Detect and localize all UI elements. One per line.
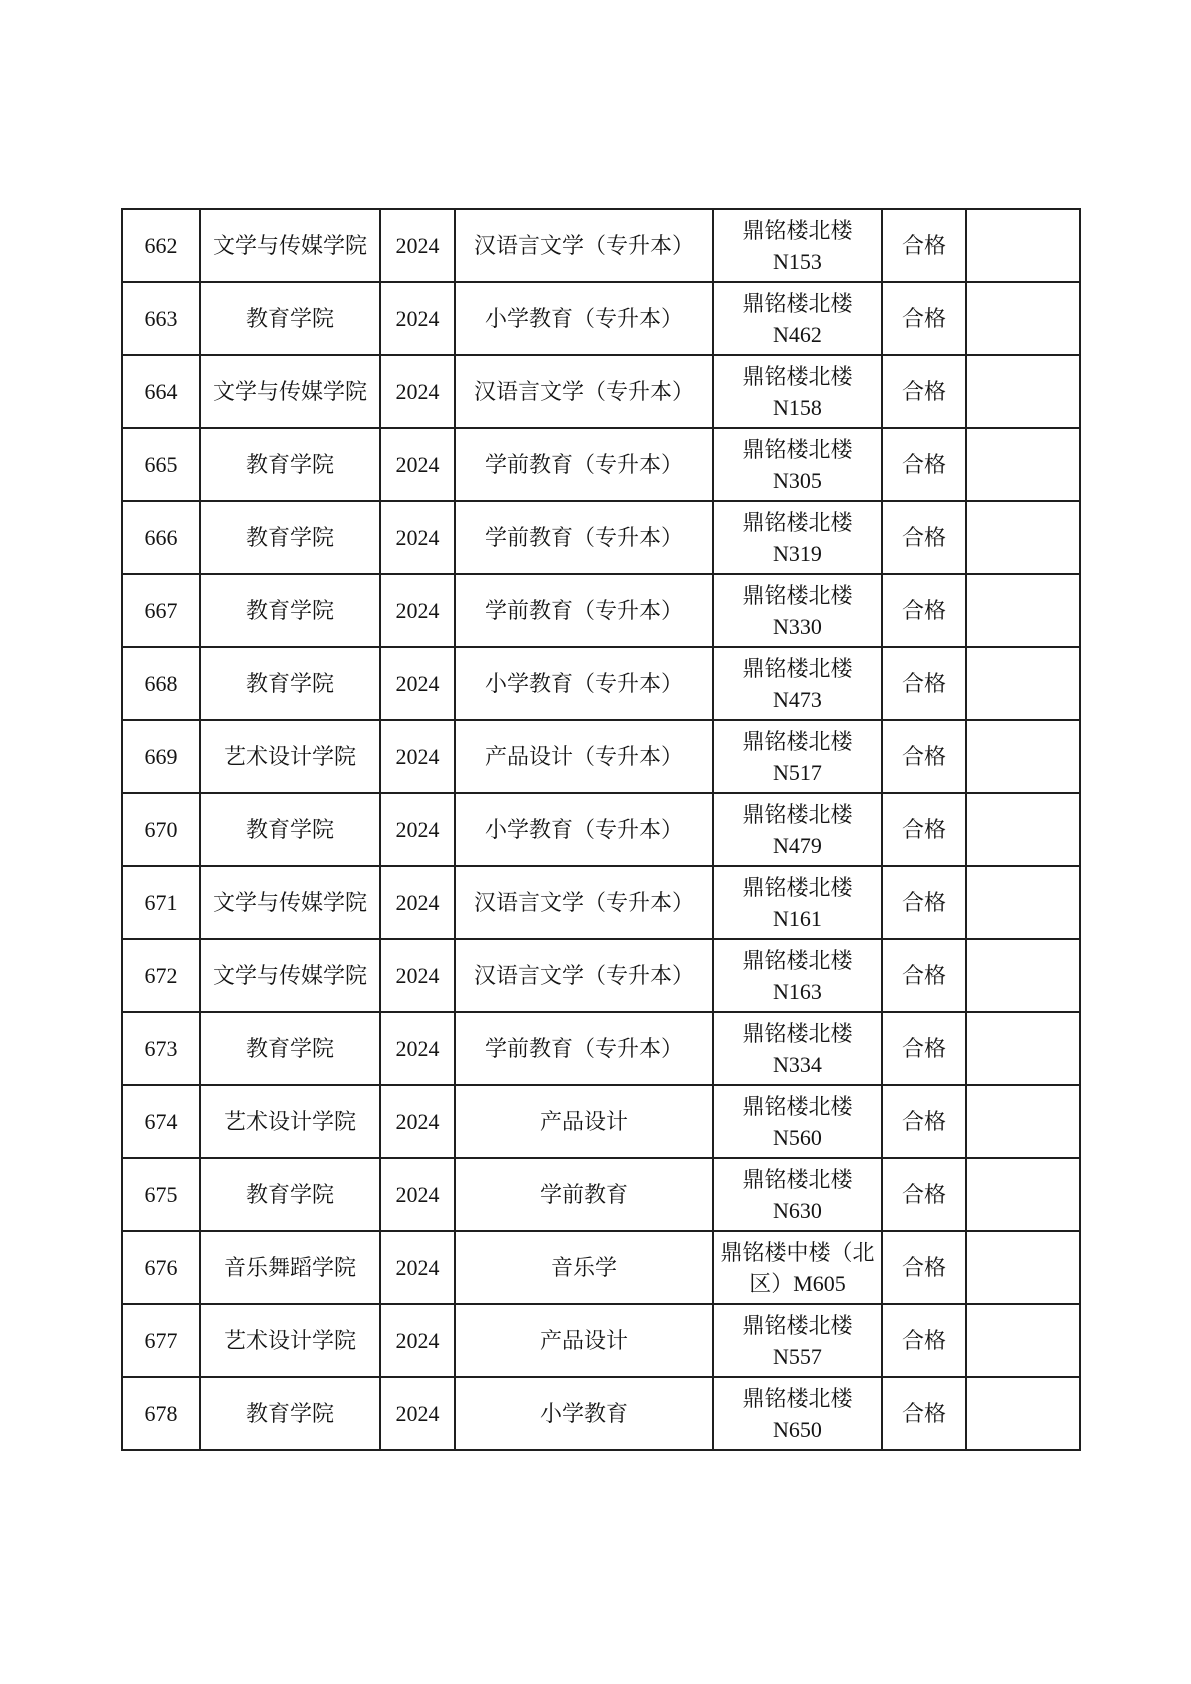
cell-year: 2024 [380, 355, 455, 428]
cell-notes [966, 866, 1080, 939]
table-row: 670教育学院2024小学教育（专升本）鼎铭楼北楼 N479合格 [122, 793, 1080, 866]
cell-result: 合格 [882, 1158, 966, 1231]
cell-index: 669 [122, 720, 200, 793]
cell-college: 教育学院 [200, 574, 380, 647]
table-row: 667教育学院2024学前教育（专升本）鼎铭楼北楼 N330合格 [122, 574, 1080, 647]
cell-result: 合格 [882, 866, 966, 939]
cell-index: 668 [122, 647, 200, 720]
table-row: 677艺术设计学院2024产品设计鼎铭楼北楼 N557合格 [122, 1304, 1080, 1377]
cell-notes [966, 939, 1080, 1012]
cell-notes [966, 1158, 1080, 1231]
cell-college: 教育学院 [200, 647, 380, 720]
table-row: 668教育学院2024小学教育（专升本）鼎铭楼北楼 N473合格 [122, 647, 1080, 720]
cell-year: 2024 [380, 793, 455, 866]
table-row: 664文学与传媒学院2024汉语言文学（专升本）鼎铭楼北楼 N158合格 [122, 355, 1080, 428]
cell-result: 合格 [882, 1304, 966, 1377]
table-row: 663教育学院2024小学教育（专升本）鼎铭楼北楼 N462合格 [122, 282, 1080, 355]
cell-index: 674 [122, 1085, 200, 1158]
cell-year: 2024 [380, 282, 455, 355]
cell-notes [966, 428, 1080, 501]
cell-location: 鼎铭楼中楼（北 区）M605 [713, 1231, 882, 1304]
cell-location: 鼎铭楼北楼 N161 [713, 866, 882, 939]
cell-major: 小学教育（专升本） [455, 793, 713, 866]
cell-location: 鼎铭楼北楼 N473 [713, 647, 882, 720]
cell-location: 鼎铭楼北楼 N158 [713, 355, 882, 428]
cell-notes [966, 647, 1080, 720]
cell-major: 小学教育（专升本） [455, 282, 713, 355]
cell-college: 教育学院 [200, 501, 380, 574]
cell-location: 鼎铭楼北楼 N517 [713, 720, 882, 793]
cell-major: 产品设计 [455, 1085, 713, 1158]
cell-notes [966, 1085, 1080, 1158]
cell-college: 教育学院 [200, 793, 380, 866]
cell-college: 教育学院 [200, 1012, 380, 1085]
cell-college: 教育学院 [200, 428, 380, 501]
cell-result: 合格 [882, 574, 966, 647]
cell-year: 2024 [380, 866, 455, 939]
cell-year: 2024 [380, 428, 455, 501]
cell-notes [966, 355, 1080, 428]
cell-result: 合格 [882, 939, 966, 1012]
table-row: 678教育学院2024小学教育鼎铭楼北楼 N650合格 [122, 1377, 1080, 1450]
cell-index: 675 [122, 1158, 200, 1231]
cell-location: 鼎铭楼北楼 N560 [713, 1085, 882, 1158]
cell-college: 教育学院 [200, 282, 380, 355]
cell-index: 673 [122, 1012, 200, 1085]
cell-location: 鼎铭楼北楼 N557 [713, 1304, 882, 1377]
cell-location: 鼎铭楼北楼 N319 [713, 501, 882, 574]
cell-result: 合格 [882, 355, 966, 428]
table-row: 665教育学院2024学前教育（专升本）鼎铭楼北楼 N305合格 [122, 428, 1080, 501]
table-row: 671文学与传媒学院2024汉语言文学（专升本）鼎铭楼北楼 N161合格 [122, 866, 1080, 939]
cell-index: 670 [122, 793, 200, 866]
cell-college: 文学与传媒学院 [200, 209, 380, 282]
cell-location: 鼎铭楼北楼 N462 [713, 282, 882, 355]
cell-result: 合格 [882, 1085, 966, 1158]
cell-result: 合格 [882, 647, 966, 720]
cell-college: 艺术设计学院 [200, 1304, 380, 1377]
cell-location: 鼎铭楼北楼 N334 [713, 1012, 882, 1085]
cell-location: 鼎铭楼北楼 N479 [713, 793, 882, 866]
table-row: 674艺术设计学院2024产品设计鼎铭楼北楼 N560合格 [122, 1085, 1080, 1158]
cell-result: 合格 [882, 501, 966, 574]
cell-major: 汉语言文学（专升本） [455, 209, 713, 282]
cell-major: 汉语言文学（专升本） [455, 355, 713, 428]
cell-year: 2024 [380, 1085, 455, 1158]
cell-location: 鼎铭楼北楼 N163 [713, 939, 882, 1012]
document-page: 662文学与传媒学院2024汉语言文学（专升本）鼎铭楼北楼 N153合格663教… [0, 0, 1191, 1684]
cell-index: 663 [122, 282, 200, 355]
cell-year: 2024 [380, 720, 455, 793]
table-row: 662文学与传媒学院2024汉语言文学（专升本）鼎铭楼北楼 N153合格 [122, 209, 1080, 282]
cell-index: 677 [122, 1304, 200, 1377]
cell-major: 学前教育 [455, 1158, 713, 1231]
cell-college: 文学与传媒学院 [200, 939, 380, 1012]
cell-result: 合格 [882, 1377, 966, 1450]
cell-major: 汉语言文学（专升本） [455, 939, 713, 1012]
cell-index: 662 [122, 209, 200, 282]
table-row: 672文学与传媒学院2024汉语言文学（专升本）鼎铭楼北楼 N163合格 [122, 939, 1080, 1012]
cell-notes [966, 574, 1080, 647]
cell-notes [966, 720, 1080, 793]
cell-notes [966, 282, 1080, 355]
cell-index: 667 [122, 574, 200, 647]
table-row: 676音乐舞蹈学院2024音乐学鼎铭楼中楼（北 区）M605合格 [122, 1231, 1080, 1304]
cell-notes [966, 209, 1080, 282]
cell-year: 2024 [380, 1158, 455, 1231]
cell-major: 汉语言文学（专升本） [455, 866, 713, 939]
cell-college: 艺术设计学院 [200, 1085, 380, 1158]
cell-result: 合格 [882, 428, 966, 501]
cell-index: 672 [122, 939, 200, 1012]
cell-location: 鼎铭楼北楼 N630 [713, 1158, 882, 1231]
cell-major: 音乐学 [455, 1231, 713, 1304]
cell-college: 教育学院 [200, 1158, 380, 1231]
cell-index: 665 [122, 428, 200, 501]
cell-result: 合格 [882, 793, 966, 866]
cell-year: 2024 [380, 939, 455, 1012]
cell-notes [966, 1231, 1080, 1304]
cell-major: 学前教育（专升本） [455, 574, 713, 647]
cell-major: 小学教育（专升本） [455, 647, 713, 720]
cell-result: 合格 [882, 1231, 966, 1304]
cell-college: 文学与传媒学院 [200, 355, 380, 428]
cell-year: 2024 [380, 1012, 455, 1085]
cell-notes [966, 793, 1080, 866]
cell-result: 合格 [882, 1012, 966, 1085]
cell-major: 小学教育 [455, 1377, 713, 1450]
cell-year: 2024 [380, 1304, 455, 1377]
cell-college: 文学与传媒学院 [200, 866, 380, 939]
table-row: 669艺术设计学院2024产品设计（专升本）鼎铭楼北楼 N517合格 [122, 720, 1080, 793]
cell-notes [966, 1377, 1080, 1450]
cell-year: 2024 [380, 209, 455, 282]
cell-location: 鼎铭楼北楼 N650 [713, 1377, 882, 1450]
cell-year: 2024 [380, 1231, 455, 1304]
cell-location: 鼎铭楼北楼 N305 [713, 428, 882, 501]
cell-index: 676 [122, 1231, 200, 1304]
cell-result: 合格 [882, 720, 966, 793]
cell-result: 合格 [882, 282, 966, 355]
cell-college: 教育学院 [200, 1377, 380, 1450]
cell-index: 664 [122, 355, 200, 428]
cell-college: 艺术设计学院 [200, 720, 380, 793]
cell-location: 鼎铭楼北楼 N330 [713, 574, 882, 647]
cell-major: 产品设计 [455, 1304, 713, 1377]
cell-notes [966, 501, 1080, 574]
cell-year: 2024 [380, 501, 455, 574]
table-row: 675教育学院2024学前教育鼎铭楼北楼 N630合格 [122, 1158, 1080, 1231]
table-row: 666教育学院2024学前教育（专升本）鼎铭楼北楼 N319合格 [122, 501, 1080, 574]
cell-major: 产品设计（专升本） [455, 720, 713, 793]
cell-notes [966, 1304, 1080, 1377]
cell-location: 鼎铭楼北楼 N153 [713, 209, 882, 282]
cell-index: 678 [122, 1377, 200, 1450]
cell-major: 学前教育（专升本） [455, 1012, 713, 1085]
cell-year: 2024 [380, 574, 455, 647]
cell-index: 671 [122, 866, 200, 939]
cell-major: 学前教育（专升本） [455, 428, 713, 501]
cell-notes [966, 1012, 1080, 1085]
cell-year: 2024 [380, 647, 455, 720]
table-row: 673教育学院2024学前教育（专升本）鼎铭楼北楼 N334合格 [122, 1012, 1080, 1085]
cell-index: 666 [122, 501, 200, 574]
exam-result-table: 662文学与传媒学院2024汉语言文学（专升本）鼎铭楼北楼 N153合格663教… [121, 208, 1081, 1451]
cell-college: 音乐舞蹈学院 [200, 1231, 380, 1304]
cell-major: 学前教育（专升本） [455, 501, 713, 574]
cell-result: 合格 [882, 209, 966, 282]
table-body: 662文学与传媒学院2024汉语言文学（专升本）鼎铭楼北楼 N153合格663教… [122, 209, 1080, 1450]
cell-year: 2024 [380, 1377, 455, 1450]
